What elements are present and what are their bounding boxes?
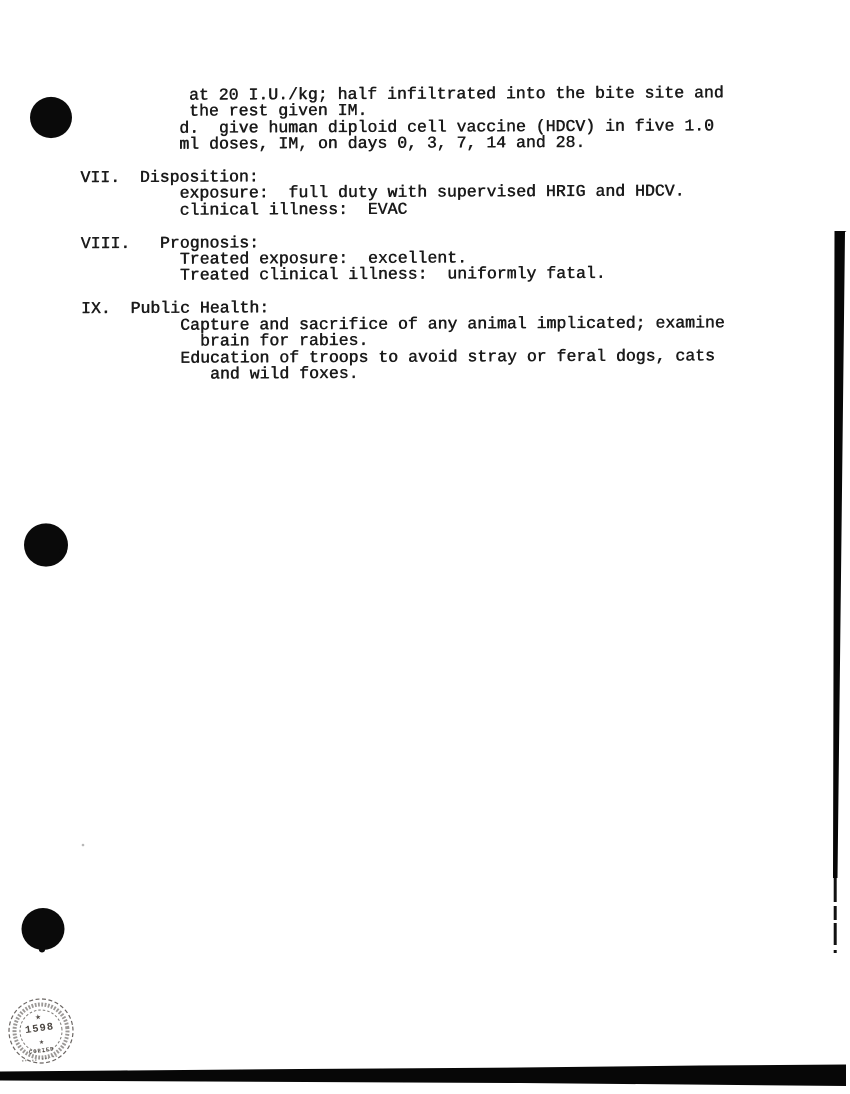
stamp-star-top: ★ — [34, 1013, 41, 1022]
bottom-edge-scan-bar — [0, 1065, 846, 1087]
scan-speck — [82, 844, 85, 847]
hole-punch — [30, 97, 72, 138]
stamp-label: COPIED — [29, 1045, 55, 1055]
hole-punch — [22, 908, 65, 953]
right-edge-scan-bar — [833, 231, 847, 953]
archive-stamp: ★ 1598 ★ COPIED — [5, 995, 77, 1067]
stamp-outer-ring — [5, 995, 77, 1067]
stamp-number: 1598 — [24, 1021, 55, 1037]
hole-punch — [24, 523, 68, 566]
stamp-star-bottom: ★ — [38, 1039, 44, 1047]
stamp-text-ring — [11, 1001, 71, 1061]
document-page: at 20 I.U./kg; half infiltrated into the… — [0, 0, 850, 1094]
stamp-bottom-marks — [22, 1056, 58, 1062]
typewritten-text: at 20 I.U./kg; half infiltrated into the… — [80, 85, 725, 383]
stamp-inner-ring — [17, 1007, 64, 1054]
